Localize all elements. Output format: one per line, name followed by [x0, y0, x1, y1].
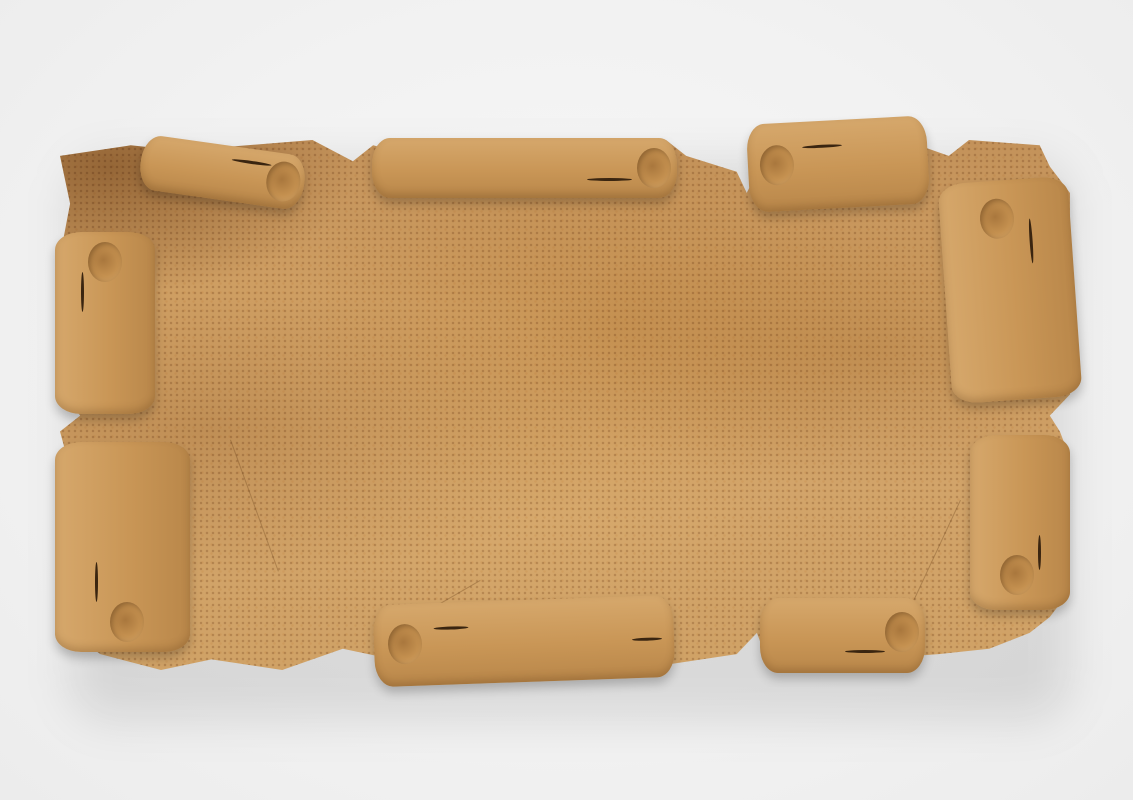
roll-curl — [387, 624, 422, 665]
rolled-edge-right-upper — [937, 176, 1082, 405]
roll-curl — [637, 148, 671, 188]
tear-mark — [1038, 535, 1041, 570]
rolled-edge-left-upper — [55, 232, 155, 414]
roll-curl — [759, 144, 795, 186]
roll-curl — [264, 159, 303, 203]
rolled-edge-bottom-center — [373, 595, 676, 687]
scene-background — [0, 0, 1133, 800]
tear-mark — [845, 650, 885, 653]
tear-mark — [95, 562, 98, 602]
roll-curl — [979, 198, 1016, 240]
rolled-edge-bottom-right — [760, 598, 925, 673]
roll-curl — [110, 602, 144, 642]
parchment-sheet — [60, 140, 1070, 670]
rolled-edge-top-right — [746, 115, 930, 212]
tear-mark — [81, 272, 84, 312]
roll-curl — [1000, 555, 1034, 595]
tear-mark — [802, 144, 842, 149]
tear-mark — [587, 178, 632, 181]
rolled-edge-left-lower — [55, 442, 190, 652]
rolled-edge-top-center — [372, 138, 677, 198]
roll-curl — [885, 612, 919, 652]
tear-mark — [632, 637, 662, 641]
rolled-edge-right-lower — [970, 435, 1070, 610]
tear-mark — [1028, 218, 1034, 263]
roll-curl — [88, 242, 122, 282]
tear-mark — [433, 626, 468, 630]
tear-mark — [232, 158, 272, 167]
